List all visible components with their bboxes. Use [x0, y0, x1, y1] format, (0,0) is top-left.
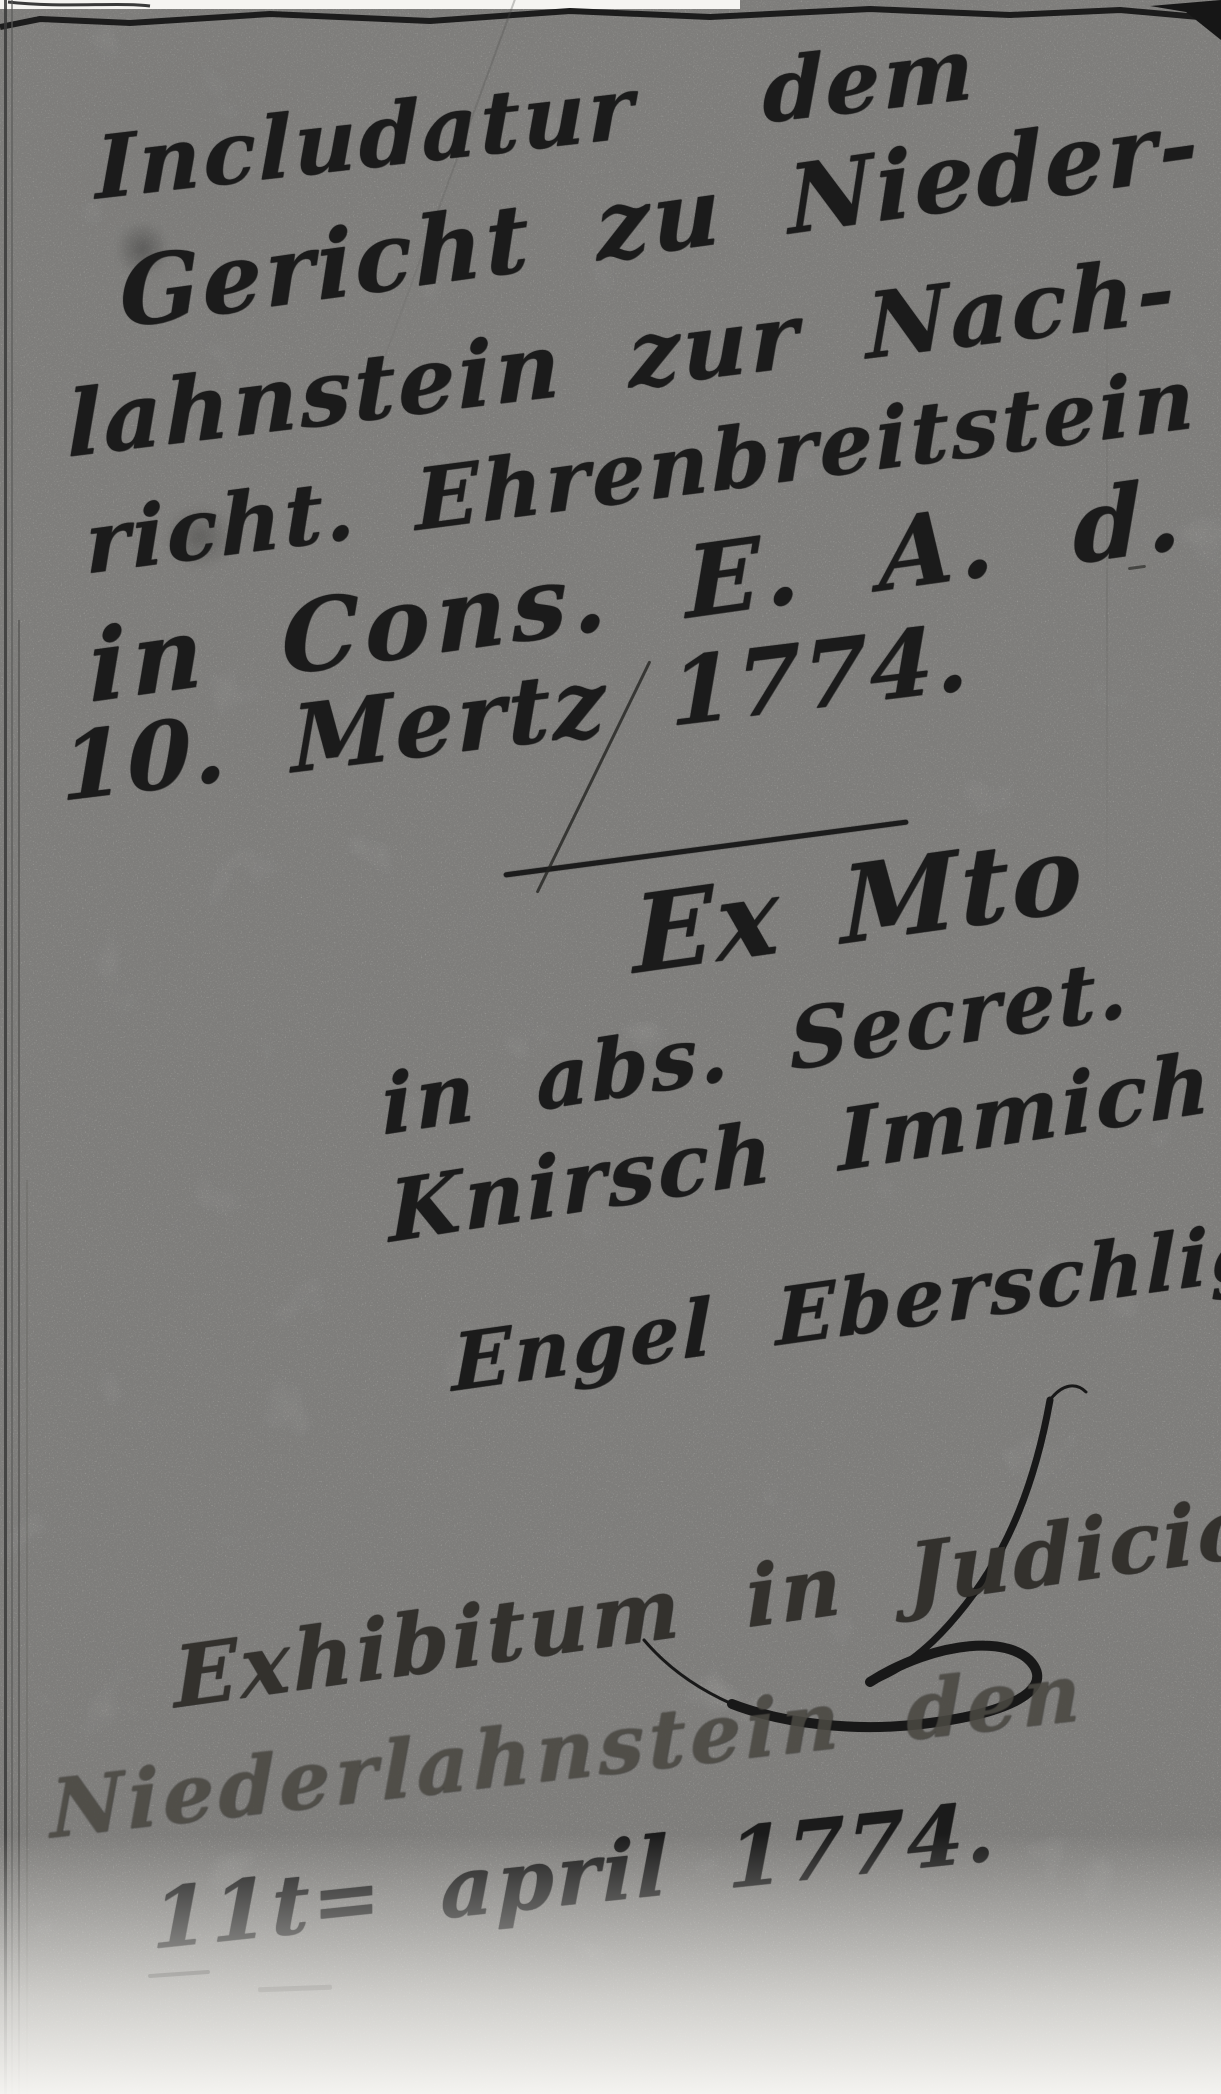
manuscript-page: Includatur dem Gericht zu Nieder- lahnst… — [0, 0, 1221, 2094]
paper-corner-fade — [0, 1794, 420, 2094]
scan-top-edge — [0, 0, 1221, 48]
paper-crease — [1106, 250, 1108, 930]
scan-left-edge-line — [11, 0, 13, 2094]
scan-left-edge-line — [4, 0, 7, 2094]
